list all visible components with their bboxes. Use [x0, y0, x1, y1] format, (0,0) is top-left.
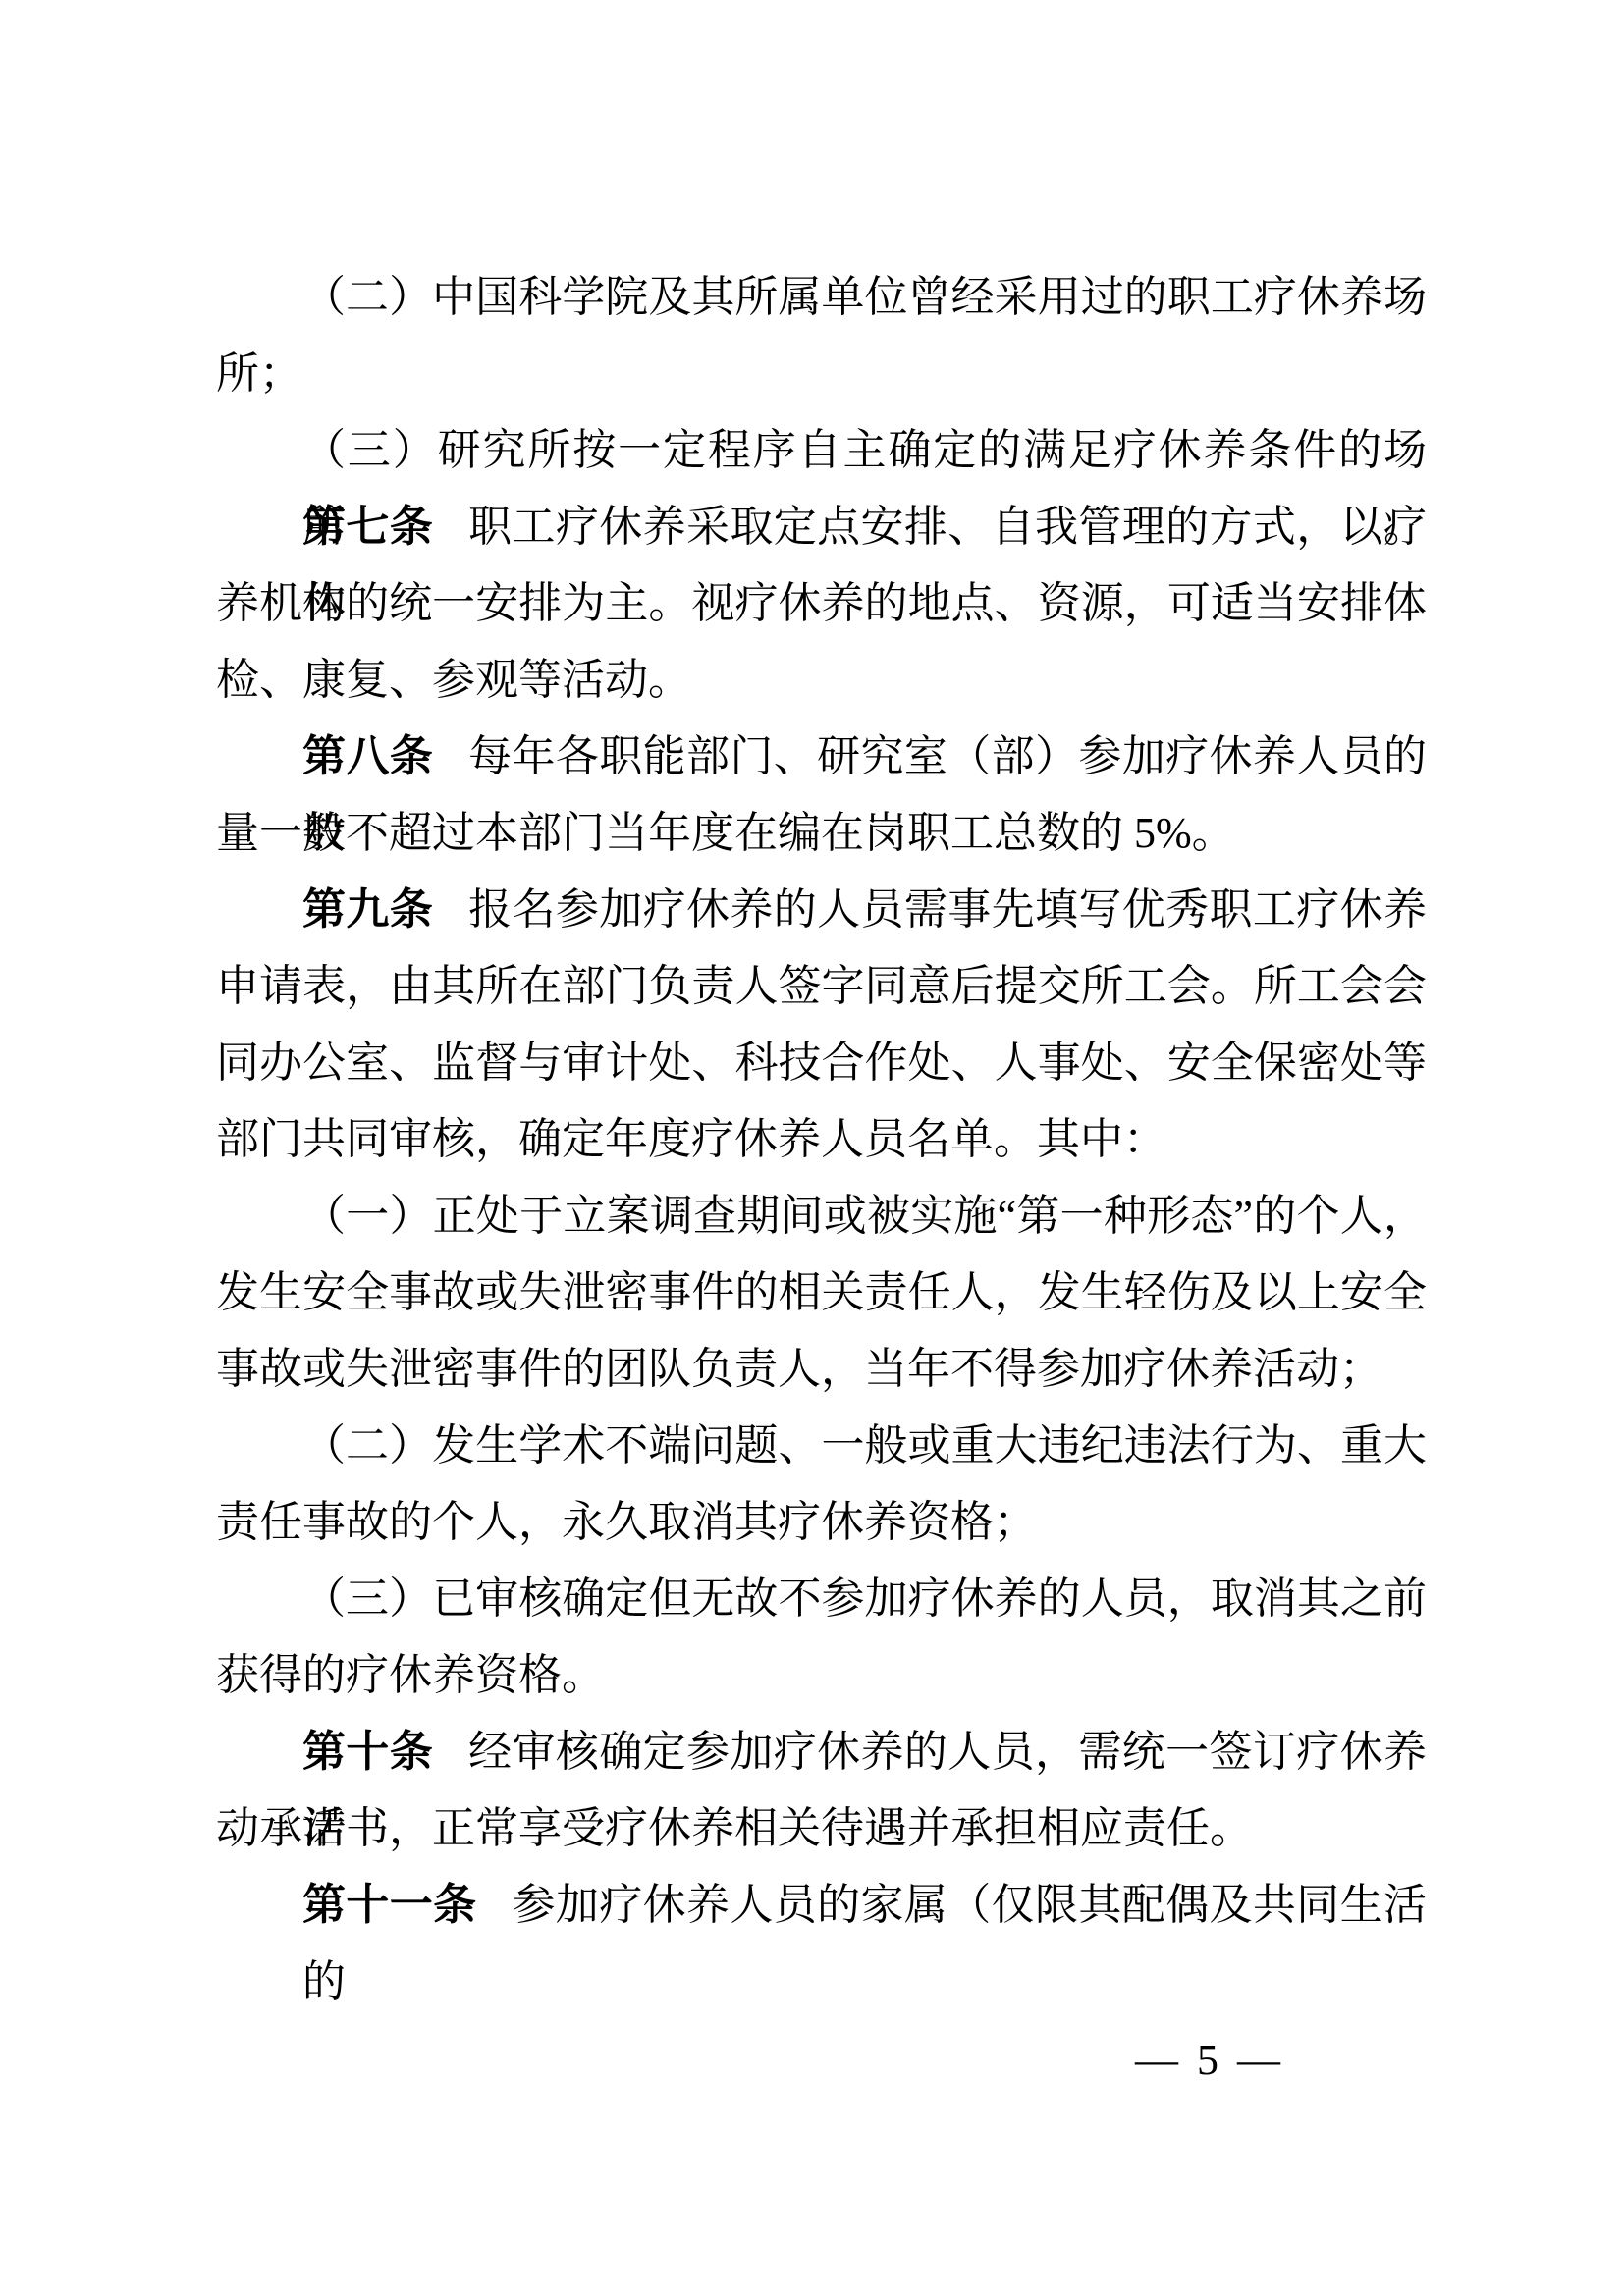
article-number: 第七条	[302, 503, 433, 551]
document-line: 检、康复、参观等活动。	[216, 642, 1427, 719]
article-9-heading-line: 第九条报名参加疗休养的人员需事先填写优秀职工疗休养	[216, 872, 1427, 948]
document-line: 部门共同审核，确定年度疗休养人员名单。其中：	[216, 1101, 1427, 1178]
article-10-heading-line: 第十条经审核确定参加疗休养的人员，需统一签订疗休养活	[216, 1714, 1427, 1790]
line-text: 申请表，由其所在部门负责人签字同意后提交所工会。所工会会	[216, 962, 1427, 1010]
article-7-heading-line: 第七条职工疗休养采取定点安排、自我管理的方式，以疗休	[216, 489, 1427, 565]
list-item-2-line: （二）发生学术不端问题、一般或重大违纪违法行为、重大	[216, 1408, 1427, 1484]
line-text: 同办公室、监督与审计处、科技合作处、人事处、安全保密处等	[216, 1039, 1427, 1087]
list-item-1-line: （一）正处于立案调查期间或被实施“第一种形态”的个人，	[216, 1178, 1427, 1255]
article-number: 第九条	[302, 885, 433, 934]
line-text: 所；	[216, 349, 302, 398]
document-line: 发生安全事故或失泄密事件的相关责任人，发生轻伤及以上安全	[216, 1255, 1427, 1331]
document-line: 量一般不超过本部门当年度在编在岗职工总数的 5%。	[216, 795, 1427, 872]
document-page: （二）中国科学院及其所属单位曾经采用过的职工疗休养场 所； （三）研究所按一定程…	[0, 0, 1624, 2296]
document-body: （二）中国科学院及其所属单位曾经采用过的职工疗休养场 所； （三）研究所按一定程…	[216, 259, 1427, 1944]
document-line: 所；	[216, 336, 1427, 412]
line-text: 动承诺书，正常享受疗休养相关待遇并承担相应责任。	[216, 1804, 1253, 1852]
document-line: （二）中国科学院及其所属单位曾经采用过的职工疗休养场	[216, 259, 1427, 336]
line-text: 报名参加疗休养的人员需事先填写优秀职工疗休养	[468, 885, 1427, 934]
line-text: （一）正处于立案调查期间或被实施“第一种形态”的个人，	[302, 1192, 1427, 1240]
article-number: 第十条	[302, 1728, 433, 1776]
line-text: 量一般不超过本部门当年度在编在岗职工总数的 5%。	[216, 809, 1235, 857]
line-text: 责任事故的个人，永久取消其疗休养资格；	[216, 1498, 1037, 1546]
article-number: 第八条	[302, 732, 433, 780]
document-line: 申请表，由其所在部门负责人签字同意后提交所工会。所工会会	[216, 948, 1427, 1025]
document-line: 责任事故的个人，永久取消其疗休养资格；	[216, 1484, 1427, 1561]
document-line: 动承诺书，正常享受疗休养相关待遇并承担相应责任。	[216, 1790, 1427, 1867]
document-line: 养机构的统一安排为主。视疗休养的地点、资源，可适当安排体	[216, 565, 1427, 642]
line-text: 部门共同审核，确定年度疗休养人员名单。其中：	[216, 1115, 1166, 1163]
article-11-heading-line: 第十一条参加疗休养人员的家属（仅限其配偶及共同生活的	[216, 1867, 1427, 1944]
line-text: 获得的疗休养资格。	[216, 1651, 605, 1699]
line-text: （三）已审核确定但无故不参加疗休养的人员，取消其之前	[302, 1575, 1427, 1623]
document-line: 同办公室、监督与审计处、科技合作处、人事处、安全保密处等	[216, 1025, 1427, 1101]
document-line: 事故或失泄密事件的团队负责人，当年不得参加疗休养活动；	[216, 1331, 1427, 1408]
line-text: 检、康复、参观等活动。	[216, 656, 691, 704]
line-text: 发生安全事故或失泄密事件的相关责任人，发生轻伤及以上安全	[216, 1268, 1427, 1316]
document-line: 获得的疗休养资格。	[216, 1637, 1427, 1714]
line-text: 事故或失泄密事件的团队负责人，当年不得参加疗休养活动；	[216, 1345, 1382, 1393]
page-number: — 5 —	[1135, 2026, 1280, 2095]
line-text: 养机构的统一安排为主。视疗休养的地点、资源，可适当安排体	[216, 579, 1427, 627]
line-text: （二）中国科学院及其所属单位曾经采用过的职工疗休养场	[302, 273, 1427, 321]
article-8-heading-line: 第八条每年各职能部门、研究室（部）参加疗休养人员的数	[216, 719, 1427, 795]
line-text: （二）发生学术不端问题、一般或重大违纪违法行为、重大	[302, 1421, 1427, 1469]
article-number: 第十一条	[302, 1881, 477, 1929]
list-item-3-line: （三）已审核确定但无故不参加疗休养的人员，取消其之前	[216, 1561, 1427, 1637]
document-line: （三）研究所按一定程序自主确定的满足疗休养条件的场所。	[216, 412, 1427, 489]
